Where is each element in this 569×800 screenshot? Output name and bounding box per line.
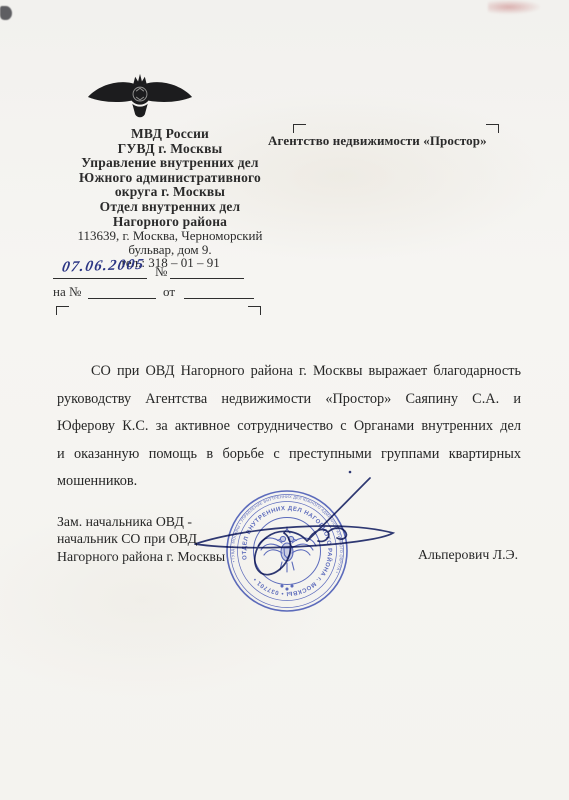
recipient-name: Агентство недвижимости «Простор» bbox=[268, 133, 512, 149]
letterhead-line: Нагорного района bbox=[40, 215, 300, 230]
number-fill-line bbox=[170, 277, 244, 279]
letterhead: МВД России ГУВД г. Москвы Управление вну… bbox=[40, 127, 300, 270]
letterhead-address-line: 113639, г. Москва, Черноморский bbox=[40, 229, 300, 243]
reply-date-fill-line bbox=[184, 297, 254, 299]
letterhead-line: Южного административного bbox=[40, 171, 300, 186]
reply-to-number-label: на № bbox=[53, 284, 81, 300]
scanned-letter-page: МВД России ГУВД г. Москвы Управление вну… bbox=[0, 0, 569, 800]
corner-mark bbox=[248, 306, 261, 315]
letterhead-line: округа г. Москвы bbox=[40, 185, 300, 200]
reply-number-fill-line bbox=[88, 297, 156, 299]
scan-artifact-pink-smudge bbox=[488, 0, 540, 14]
handwritten-date: 07.06.2005 bbox=[61, 256, 156, 276]
signature-ink bbox=[180, 462, 446, 600]
outgoing-number-label: № bbox=[155, 264, 167, 280]
letterhead-line: МВД России bbox=[40, 127, 300, 142]
letterhead-line: Отдел внутренних дел bbox=[40, 200, 300, 215]
corner-mark bbox=[486, 124, 499, 133]
letterhead-line: ГУВД г. Москвы bbox=[40, 142, 300, 157]
letterhead-line: Управление внутренних дел bbox=[40, 156, 300, 171]
letterhead-address-line: бульвар, дом 9. bbox=[40, 243, 300, 257]
corner-mark bbox=[56, 306, 69, 315]
scan-artifact-dark-blot bbox=[0, 6, 12, 20]
date-fill-line bbox=[53, 277, 147, 279]
corner-mark bbox=[293, 124, 306, 133]
reply-from-label: от bbox=[163, 284, 175, 300]
mvd-eagle-emblem-icon bbox=[86, 70, 194, 122]
